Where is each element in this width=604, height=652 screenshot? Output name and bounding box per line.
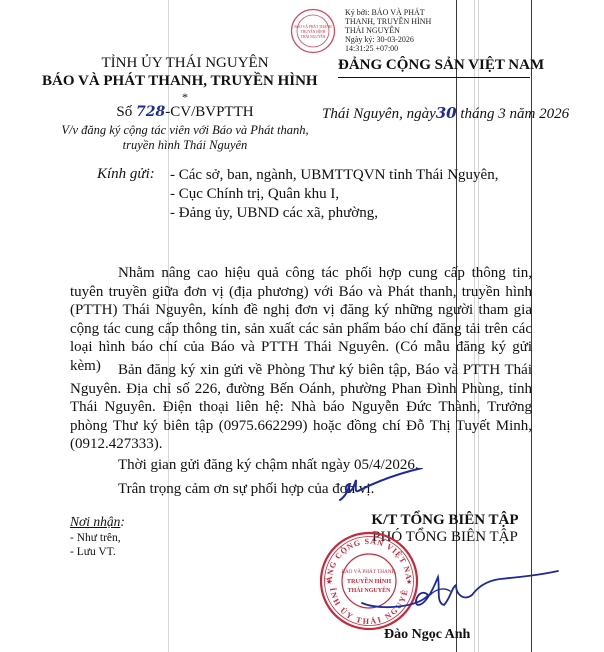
distribution-item: - Lưu VT.	[70, 545, 121, 559]
signature-signed-by-2: THANH, TRUYỀN HÌNH	[345, 17, 431, 26]
doc-number-suffix: -CV/BVPTTH	[165, 104, 253, 120]
distribution-item: - Như trên,	[70, 531, 121, 545]
recipients-label: Kính gửi:	[97, 166, 155, 183]
recipient-item: - Cục Chính trị, Quân khu I,	[170, 185, 498, 204]
org-parent: TỈNH ỦY THÁI NGUYÊN	[60, 55, 310, 72]
signature-date: Ngày ký: 30-03-2026	[345, 35, 431, 44]
recipient-item: - Đảng ủy, UBND các xã, phường,	[170, 204, 498, 223]
body-paragraph: Bản đăng ký xin gửi về Phòng Thư ký biên…	[70, 361, 532, 454]
body-paragraph: Thời gian gửi đăng ký chậm nhất ngày 05/…	[70, 456, 532, 475]
party-title-underline	[338, 77, 530, 78]
distribution-label-text: Nơi nhận	[70, 514, 120, 529]
small-stamp-icon: BÁO VÀ PHÁT THANH TRUYỀN HÌNH THÁI NGUYÊ…	[290, 8, 336, 54]
doc-number-handwritten: 728	[136, 104, 165, 120]
subject-line-2: truyền hình Thái Nguyên	[50, 138, 320, 153]
svg-text:TRUYỀN HÌNH: TRUYỀN HÌNH	[301, 29, 326, 34]
org-star: *	[60, 90, 310, 105]
body-paragraph: Trân trọng cảm ơn sự phối hợp của đơn vị…	[70, 480, 532, 499]
signature-signed-by-1: Ký bởi: BÁO VÀ PHÁT	[345, 8, 431, 17]
signature-time: 14:31:25 +07:00	[345, 44, 431, 53]
signature-title: K/T TỔNG BIÊN TẬP	[345, 512, 545, 529]
place-date: Thái Nguyên, ngày30 tháng 3 năm 2026	[322, 104, 569, 123]
place-date-prefix: Thái Nguyên, ngày	[322, 106, 436, 122]
distribution-label: Nơi nhận:	[70, 514, 125, 530]
document-subject: V/v đăng ký cộng tác viên với Báo và Phá…	[50, 123, 320, 153]
document-number: Số 728-CV/BVPTTH	[60, 104, 310, 121]
svg-text:★: ★	[326, 578, 332, 586]
subject-line-1: V/v đăng ký cộng tác viên với Báo và Phá…	[50, 123, 320, 138]
recipients-list: - Các sở, ban, ngành, UBMTTQVN tỉnh Thái…	[170, 166, 498, 223]
svg-text:THÁI NGUYÊN: THÁI NGUYÊN	[301, 34, 326, 39]
body-paragraph: Nhằm nâng cao hiệu quả công tác phối hợp…	[70, 264, 532, 376]
initial-signature-icon	[336, 468, 426, 504]
party-title: ĐẢNG CỘNG SẢN VIỆT NAM	[338, 57, 544, 74]
signer-name: Đào Ngọc Anh	[384, 627, 470, 643]
doc-number-prefix: Số	[116, 104, 132, 120]
signature-signed-by-3: THÁI NGUYÊN	[345, 26, 431, 35]
distribution-colon: :	[120, 514, 125, 529]
org-name: BÁO VÀ PHÁT THANH, TRUYỀN HÌNH	[42, 73, 312, 90]
svg-text:BÁO VÀ PHÁT THANH: BÁO VÀ PHÁT THANH	[294, 24, 332, 29]
place-date-suffix: tháng 3 năm 2026	[460, 106, 569, 122]
handwritten-signature-icon	[360, 565, 560, 625]
recipient-item: - Các sở, ban, ngành, UBMTTQVN tỉnh Thái…	[170, 166, 498, 185]
day-handwritten: 30	[436, 104, 457, 122]
distribution-list: - Như trên, - Lưu VT.	[70, 531, 121, 559]
